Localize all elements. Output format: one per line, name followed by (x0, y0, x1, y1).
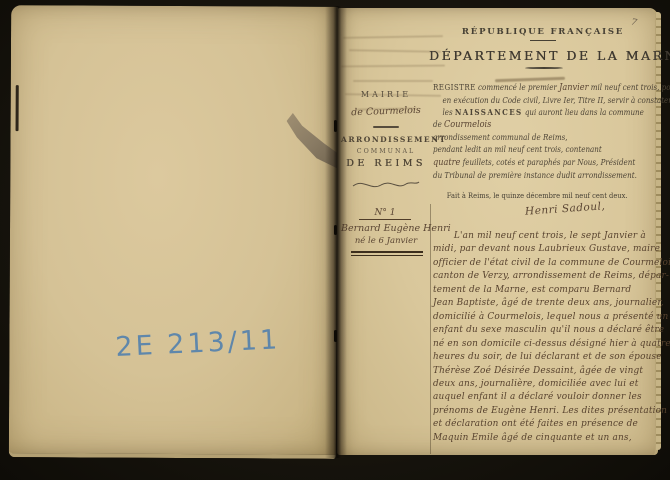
register-line: REGISTRE commencé le premier Janvier mil… (433, 81, 636, 94)
right-page: 7 MAIRIE de Courmelois ARRONDISSEMENT CO… (337, 8, 658, 455)
birth-act-text: L'an mil neuf cent trois, le sept Janvie… (433, 229, 653, 444)
department-rule (525, 67, 563, 69)
act-line: auquel enfant il a déclaré vouloir donne… (433, 390, 653, 403)
binding-stitch (334, 330, 337, 342)
act-line: officier de l'état civil de la commune d… (433, 256, 653, 269)
handwritten-insert-sheets: quatre (433, 157, 460, 168)
act-line: heures du soir, de lui déclarant et de s… (433, 350, 653, 363)
act-line: Maquin Emile âgé de cinquante et un ans, (433, 431, 653, 444)
fait-a-reims-line: Fait à Reims, le quinze décembre mil neu… (433, 190, 636, 202)
act-line: L'an mil neuf cent trois, le sept Janvie… (433, 229, 653, 242)
act-birth-date-note: né le 6 Janvier (341, 236, 431, 246)
margin-separator-line (430, 204, 431, 454)
city-label: DE REIMS (341, 158, 431, 169)
register-line: pendant ledit an mil neuf cent trois, co… (433, 143, 636, 155)
staple-mark (16, 85, 19, 131)
act-line: canton de Verzy, arrondissement de Reims… (433, 269, 653, 282)
register-line: du Tribunal de première instance dudit a… (433, 169, 636, 181)
mairie-label: MAIRIE (341, 90, 431, 99)
act-child-name: Bernard Eugène Henri (341, 223, 431, 234)
register-line: quatre feuillets, cotés et paraphés par … (433, 156, 636, 169)
handwritten-insert-commune: Courmelois (444, 119, 491, 130)
act-line: domicilié à Courmelois, lequel nous a pr… (433, 310, 653, 323)
margin-divider-rule (373, 126, 399, 128)
flourish-ornament (351, 176, 421, 194)
republic-rule (530, 40, 556, 41)
register-line: les NAISSANCES qui auront lieu dans la c… (433, 106, 636, 118)
book-spread-photo: 2E 213/11 7 MAIRIE de Courmelois ARRONDI… (0, 0, 670, 480)
act-line: Thérèse Zoé Désirée Dessaint, âgée de vi… (433, 364, 653, 377)
republic-title: RÉPUBLIQUE FRANÇAISE (433, 27, 653, 37)
act-line: né en son domicile ci-dessus désigné hie… (433, 337, 653, 350)
handwritten-insert-month: Janvier (559, 82, 588, 93)
register-line: arrondissement communal de Reims, (433, 131, 636, 143)
margin-thick-rule (351, 251, 423, 256)
act-line: et déclaration ont été faites en présenc… (433, 417, 653, 430)
act-line: tement de la Marne, est comparu Bernard (433, 283, 653, 296)
binding-stitch (334, 120, 337, 132)
page-edge-stack (656, 12, 661, 450)
binding-stitch (334, 225, 337, 235)
official-signature: Henri Sadoul, (525, 200, 606, 218)
act-line: deux ans, journalière, domiciliée avec l… (433, 377, 653, 390)
act-number: N° 1 (359, 208, 411, 220)
register-line: de Courmelois (433, 118, 636, 131)
register-line: en exécution du Code civil, Livre Ier, T… (433, 94, 636, 106)
department-title: DÉPARTEMENT DE LA MARNE (429, 48, 657, 63)
communal-label: COMMUNAL (341, 148, 431, 155)
naissances-word: NAISSANCES (455, 107, 523, 117)
register-paragraph: REGISTRE commencé le premier Janvier mil… (433, 81, 636, 202)
arrondissement-label: ARRONDISSEMENT (341, 135, 431, 144)
act-line: enfant du sexe masculin qu'il nous a déc… (433, 323, 653, 336)
act-line: Jean Baptiste, âgé de trente deux ans, j… (433, 296, 653, 309)
registre-word: REGISTRE (433, 82, 476, 92)
left-page: 2E 213/11 (9, 5, 338, 459)
paper-stain (286, 111, 338, 169)
act-line: prénoms de Eugène Henri. Les dites prése… (433, 404, 653, 417)
archive-reference: 2E 213/11 (115, 324, 281, 363)
act-line: midi, par devant nous Laubrieux Gustave,… (433, 242, 653, 255)
